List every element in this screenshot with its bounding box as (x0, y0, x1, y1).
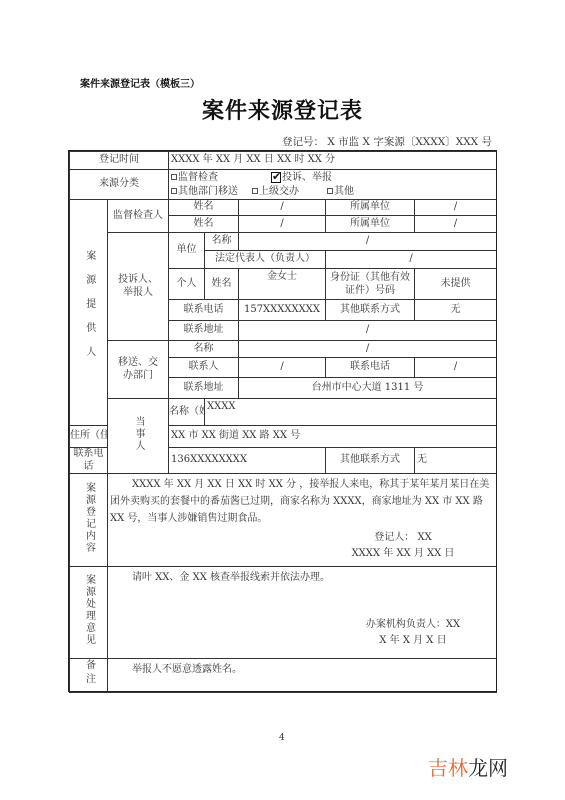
handling-opinion-text: 请叶 XX、金 XX 核查举报线索并依法办理。 (108, 567, 496, 586)
transfer-address-value: 台州市中心大道 1311 号 (239, 378, 497, 399)
inspector-2-name-value: / (239, 216, 326, 233)
party-phone-label: 联系电话 (70, 448, 108, 474)
legal-rep-value: / (326, 251, 497, 269)
inspector-1-name-label: 姓名 (169, 200, 239, 216)
reg-time-label: 登记时间 (70, 152, 169, 170)
inspector-1-unit-label: 所属单位 (326, 200, 415, 216)
row-registration-content: 案源登记内容 XXXX 年 XX 月 XX 日 XX 时 XX 分 ，接举报人来… (70, 474, 497, 567)
inspector-1-name-value: / (239, 200, 326, 216)
row-source-category: 来源分类 监督检查投诉、举报 其他部门移送上级交办其他 (70, 170, 497, 200)
row-party-name: 当事人 名称（姓名） XXXX (70, 399, 497, 426)
watermark-logo: 吉林龙网 (428, 752, 508, 781)
checkbox-icon[interactable] (171, 188, 177, 194)
party-address-value: XX 市 XX 街道 XX 路 XX 号 (169, 426, 497, 448)
transfer-name-label: 名称 (169, 341, 239, 358)
checkbox-icon[interactable] (171, 174, 177, 180)
reg-time-value: XXXX 年 XX 月 XX 日 XX 时 XX 分 (169, 152, 497, 170)
inspector-2-unit-value: / (415, 216, 497, 233)
registration-content-text: XXXX 年 XX 月 XX 日 XX 时 XX 分 ，接举报人来电，称其于某年… (108, 474, 496, 527)
registrar-name: 登记人： XX (348, 530, 458, 546)
checkbox-icon[interactable] (252, 188, 258, 194)
row-remarks: 备注 举报人不愿意透露姓名。 (70, 659, 497, 693)
option-other-dept-transfer[interactable]: 其他部门移送 (171, 185, 238, 199)
complainant-phone-value: 157XXXXXXXX (239, 300, 326, 321)
complainant-unit-name-value: / (239, 233, 497, 251)
registration-content-cell: XXXX 年 XX 月 XX 日 XX 时 XX 分 ，接举报人来电，称其于某年… (108, 474, 497, 567)
transfer-phone-value: / (415, 358, 497, 378)
option-complaint-report[interactable]: 投诉、举报 (271, 171, 332, 185)
transfer-phone-label: 联系电话 (326, 358, 415, 378)
checkbox-icon[interactable] (327, 188, 333, 194)
id-number-value: 未提供 (415, 269, 497, 300)
row-reg-time: 登记时间 XXXX 年 XX 月 XX 日 XX 时 XX 分 (70, 152, 497, 170)
complainant-other-contact-label: 其他联系方式 (326, 300, 415, 321)
registration-number-label: 登记号： (282, 136, 324, 148)
person-name-label: 姓名 (205, 269, 239, 300)
option-supervision-inspection[interactable]: 监督检查 (171, 171, 257, 185)
remarks-text: 举报人不愿意透露姓名。 (108, 659, 496, 678)
source-category-label: 来源分类 (70, 170, 169, 200)
handling-opinion-label: 案源处理意见 (70, 567, 108, 659)
party-name-value: XXXX (205, 399, 497, 426)
inspector-2-name-label: 姓名 (169, 216, 239, 233)
registration-date: XXXX 年 XX 月 XX 日 (348, 546, 458, 562)
inspector-2-unit-label: 所属单位 (326, 216, 415, 233)
row-inspector-1: 案源提供人 监督检查人 姓名 / 所属单位 / (70, 200, 497, 216)
complainant-address-label: 联系地址 (169, 321, 239, 341)
registration-content-label: 案源登记内容 (70, 474, 108, 567)
transfer-address-label: 联系地址 (169, 378, 239, 399)
registration-number-value: X 市监 X 字案源〔XXXX〕XXX 号 (327, 136, 492, 148)
party-name-label: 名称（姓名） (169, 399, 205, 426)
party-address-label: 住所（住址） (70, 426, 108, 448)
legal-rep-label: 法定代表人（负责人） (205, 251, 326, 269)
complainant-label: 投诉人、举报人 (108, 233, 169, 341)
handling-opinion-cell: 请叶 XX、金 XX 核查举报线索并依法办理。 办案机构负责人：XX X 年 X… (108, 567, 497, 659)
checkbox-checked-icon[interactable] (271, 172, 281, 183)
handling-date: X 年 X 月 X 日 (348, 633, 478, 649)
inspector-1-unit-value: / (415, 200, 497, 216)
row-handling-opinion: 案源处理意见 请叶 XX、金 XX 核查举报线索并依法办理。 办案机构负责人：X… (70, 567, 497, 659)
page-title: 案件来源登记表 (0, 94, 565, 125)
form-template-label: 案件来源登记表（模板三） (80, 75, 200, 90)
responsible-signoff: 办案机构负责人：XX X 年 X 月 X 日 (348, 617, 478, 649)
complainant-phone-label: 联系电话 (169, 300, 239, 321)
complainant-unit-name-label: 名称 (205, 233, 239, 251)
provider-section-label: 案源提供人 (70, 200, 108, 426)
transfer-name-value: / (239, 341, 497, 358)
complainant-person-label: 个人 (169, 269, 205, 300)
party-other-contact-label: 其他联系方式 (326, 448, 415, 474)
inspector-label: 监督检查人 (108, 200, 169, 233)
party-phone-value: 136XXXXXXXX (169, 448, 326, 474)
complainant-unit-label: 单位 (169, 233, 205, 269)
complainant-address-value: / (239, 321, 497, 341)
registrar-signoff: 登记人： XX XXXX 年 XX 月 XX 日 (348, 530, 458, 562)
person-name-value: 金女士 (239, 269, 326, 300)
case-source-form: 登记时间 XXXX 年 XX 月 XX 日 XX 时 XX 分 来源分类 监督检… (69, 151, 497, 693)
responsible-person: 办案机构负责人：XX (348, 617, 478, 633)
remarks-cell: 举报人不愿意透露姓名。 (108, 659, 497, 693)
option-superior-assigned[interactable]: 上级交办 (252, 185, 299, 199)
party-other-contact-value: 无 (415, 448, 497, 474)
transfer-contact-label: 联系人 (169, 358, 239, 378)
remarks-label: 备注 (70, 659, 108, 693)
page-number: 4 (279, 733, 285, 743)
complainant-other-contact-value: 无 (415, 300, 497, 321)
option-other[interactable]: 其他 (327, 185, 354, 199)
row-complainant-unit-name: 投诉人、举报人 单位 名称 / (70, 233, 497, 251)
source-category-options: 监督检查投诉、举报 其他部门移送上级交办其他 (169, 170, 497, 200)
transfer-contact-value: / (239, 358, 326, 378)
registration-number: 登记号： X 市监 X 字案源〔XXXX〕XXX 号 (282, 134, 492, 149)
party-section-label: 当事人 (108, 399, 169, 474)
row-transfer-name: 移送、交办部门 名称 / (70, 341, 497, 358)
transfer-dept-label: 移送、交办部门 (108, 341, 169, 399)
id-number-label: 身份证（其他有效证件）号码 (326, 269, 415, 300)
